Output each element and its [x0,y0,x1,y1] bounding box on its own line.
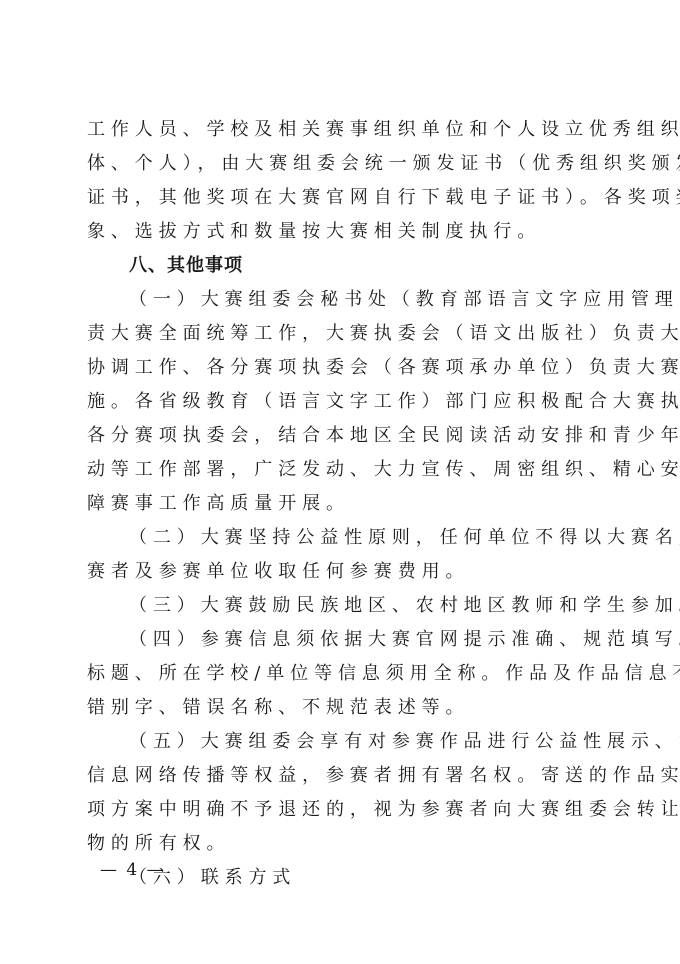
text-line: （五）大赛组委会享有对参赛作品进行公益性展示、汇编及 [87,725,593,759]
text-line: 错别字、错误名称、不规范表述等。 [87,691,593,725]
text-line: 工作人员、学校及相关赛事组织单位和个人设立优秀组织奖（团 [87,113,593,147]
text-line: 责大赛全面统筹工作，大赛执委会（语文出版社）负责大赛组织 [87,317,593,351]
text-line: （二）大赛坚持公益性原则，任何单位不得以大赛名义向参 [87,521,593,555]
text-line: 协调工作、各分赛项执委会（各赛项承办单位）负责大赛具体实 [87,351,593,385]
paragraph-item-1: （一）大赛组委会秘书处（教育部语言文字应用管理司）负 责大赛全面统筹工作，大赛执… [87,283,593,521]
text-line: 标题、所在学校/单位等信息须用全称。作品及作品信息不得出现 [87,657,593,691]
text-line: 障赛事工作高质量开展。 [87,487,593,521]
paragraph-item-2: （二）大赛坚持公益性原则，任何单位不得以大赛名义向参 赛者及参赛单位收取任何参赛… [87,521,593,589]
text-line: 施。各省级教育（语言文字工作）部门应积极配合大赛执委会和 [87,385,593,419]
text-line: 证书，其他奖项在大赛官网自行下载电子证书）。各奖项奖励对 [87,181,593,215]
document-page: 工作人员、学校及相关赛事组织单位和个人设立优秀组织奖（团 体、个人），由大赛组委… [87,113,593,895]
text-line: 动等工作部署，广泛发动、大力宣传、周密组织、精心安排，保 [87,453,593,487]
text-line: 赛者及参赛单位收取任何参赛费用。 [87,555,593,589]
text-line: 各分赛项执委会，结合本地区全民阅读活动安排和青少年读书行 [87,419,593,453]
text-line: 物的所有权。 [87,827,593,861]
paragraph-awards-continuation: 工作人员、学校及相关赛事组织单位和个人设立优秀组织奖（团 体、个人），由大赛组委… [87,113,593,249]
paragraph-item-3: （三）大赛鼓励民族地区、农村地区教师和学生参加。 [87,589,593,623]
text-line: 象、选拔方式和数量按大赛相关制度执行。 [87,215,593,249]
paragraph-item-5: （五）大赛组委会享有对参赛作品进行公益性展示、汇编及 信息网络传播等权益，参赛者… [87,725,593,861]
paragraph-item-4: （四）参赛信息须依据大赛官网提示准确、规范填写。作品 标题、所在学校/单位等信息… [87,623,593,725]
text-line: 项方案中明确不予退还的，视为参赛者向大赛组委会转让作品实 [87,793,593,827]
text-line: （四）参赛信息须依据大赛官网提示准确、规范填写。作品 [87,623,593,657]
text-line: 体、个人），由大赛组委会统一颁发证书（优秀组织奖颁发纸质 [87,147,593,181]
section-heading-other-matters: 八、其他事项 [87,249,593,283]
page-number: — 4 — [100,857,166,883]
text-line: （一）大赛组委会秘书处（教育部语言文字应用管理司）负 [87,283,593,317]
text-line: （三）大赛鼓励民族地区、农村地区教师和学生参加。 [87,589,593,623]
text-line: 信息网络传播等权益，参赛者拥有署名权。寄送的作品实物，赛 [87,759,593,793]
